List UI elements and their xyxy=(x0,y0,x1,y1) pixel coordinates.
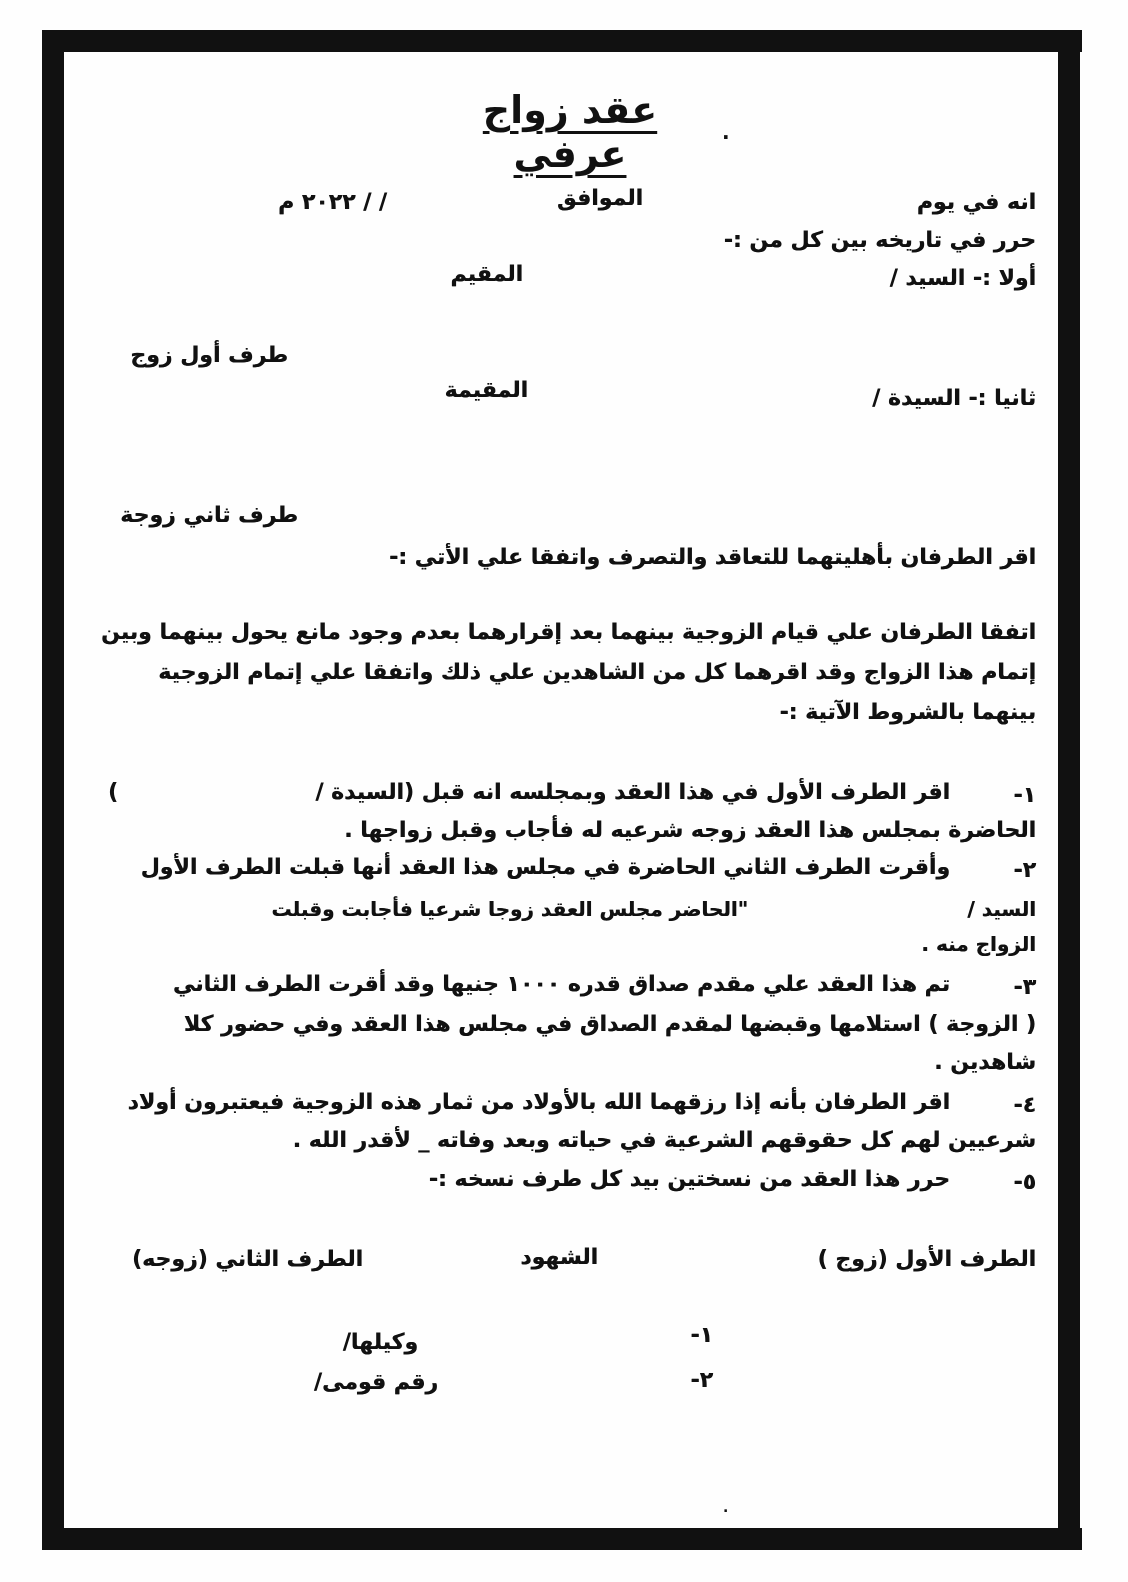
clause-5-number: ٥- xyxy=(1013,1170,1036,1196)
agreement-line-3: بينهما بالشروط الآتية :- xyxy=(779,700,1036,726)
day-label: انه في يوم xyxy=(917,190,1036,216)
clause-4-line-1: اقر الطرفان بأنه إذا رزقهما الله بالأولا… xyxy=(128,1090,950,1116)
clause-4-line-2: شرعيين لهم كل حقوقهم الشرعية في حياته وب… xyxy=(293,1128,1036,1154)
clause-5-line-1: حرر هذا العقد من نسختين بيد كل طرف نسخه … xyxy=(429,1167,950,1193)
clause-1-closing-paren: ) xyxy=(108,780,118,806)
clause-1-line-1: اقر الطرف الأول في هذا العقد وبمجلسه انه… xyxy=(315,780,950,806)
clause-2-line-3: الزواج منه . xyxy=(921,932,1036,956)
clause-2-groom-label: السيد / xyxy=(967,897,1036,921)
stray-dot: . xyxy=(723,1500,728,1516)
witness-number-2: ٢- xyxy=(690,1368,713,1394)
party-two-residence-label: المقيمة xyxy=(445,378,528,404)
title-dot: . xyxy=(722,120,730,144)
clause-2-line-1: وأقرت الطرف الثاني الحاضرة في مجلس هذا ا… xyxy=(141,855,950,881)
clause-4-number: ٤- xyxy=(1013,1093,1036,1119)
clause-3-number: ٣- xyxy=(1013,975,1036,1001)
decorative-border-right xyxy=(1058,30,1080,1550)
party-two-label: ثانيا :- السيدة / xyxy=(872,386,1036,412)
agreement-line-2: إتمام هذا الزواج وقد اقرهما كل من الشاهد… xyxy=(158,660,1036,686)
date-value: / / ٢٠٢٢ م xyxy=(278,190,387,216)
witness-number-1: ١- xyxy=(690,1323,713,1349)
clause-2-line-2: "الحاضر مجلس العقد زوجا شرعيا فأجابت وقب… xyxy=(271,897,748,921)
party-one-role: طرف أول زوج xyxy=(130,343,288,369)
document-title: عقد زواج عرفي xyxy=(420,88,720,176)
national-id-label: رقم قومى/ xyxy=(314,1370,438,1396)
signature-second-party: الطرف الثاني (زوجه) xyxy=(132,1247,363,1273)
clause-1-line-2: الحاضرة بمجلس هذا العقد زوجه شرعيه له فأ… xyxy=(344,818,1036,844)
clause-2-number: ٢- xyxy=(1013,858,1036,884)
decorative-border-top xyxy=(42,30,1082,52)
clause-3-line-1: تم هذا العقد علي مقدم صداق قدره ١٠٠٠ جني… xyxy=(173,972,950,998)
decorative-border-left xyxy=(42,30,64,1550)
signature-first-party: الطرف الأول (زوج ) xyxy=(818,1247,1036,1273)
decorative-border-bottom xyxy=(42,1528,1082,1550)
party-one-label: أولا :- السيد / xyxy=(890,266,1036,292)
party-two-role: طرف ثاني زوجة xyxy=(120,503,298,529)
agent-label: وكيلها/ xyxy=(343,1330,418,1356)
corresponding-label: الموافق xyxy=(557,186,643,212)
clause-3-line-3: شاهدين . xyxy=(934,1050,1036,1076)
agreement-line-1: اتفقا الطرفان علي قيام الزوجية بينهما بع… xyxy=(101,620,1036,646)
clause-3-line-2: ( الزوجة ) استلامها وقبضها لمقدم الصداق … xyxy=(184,1012,1036,1038)
clause-1-number: ١- xyxy=(1013,783,1036,809)
contract-page: عقد زواج عرفي . انه في يوم الموافق / / ٢… xyxy=(0,0,1128,1582)
intro-line: حرر في تاريخه بين كل من :- xyxy=(724,228,1036,254)
acknowledgement-line: اقر الطرفان بأهليتهما للتعاقد والتصرف وا… xyxy=(389,545,1036,571)
signature-witnesses-heading: الشهود xyxy=(520,1245,598,1271)
party-one-residence-label: المقيم xyxy=(450,262,523,288)
